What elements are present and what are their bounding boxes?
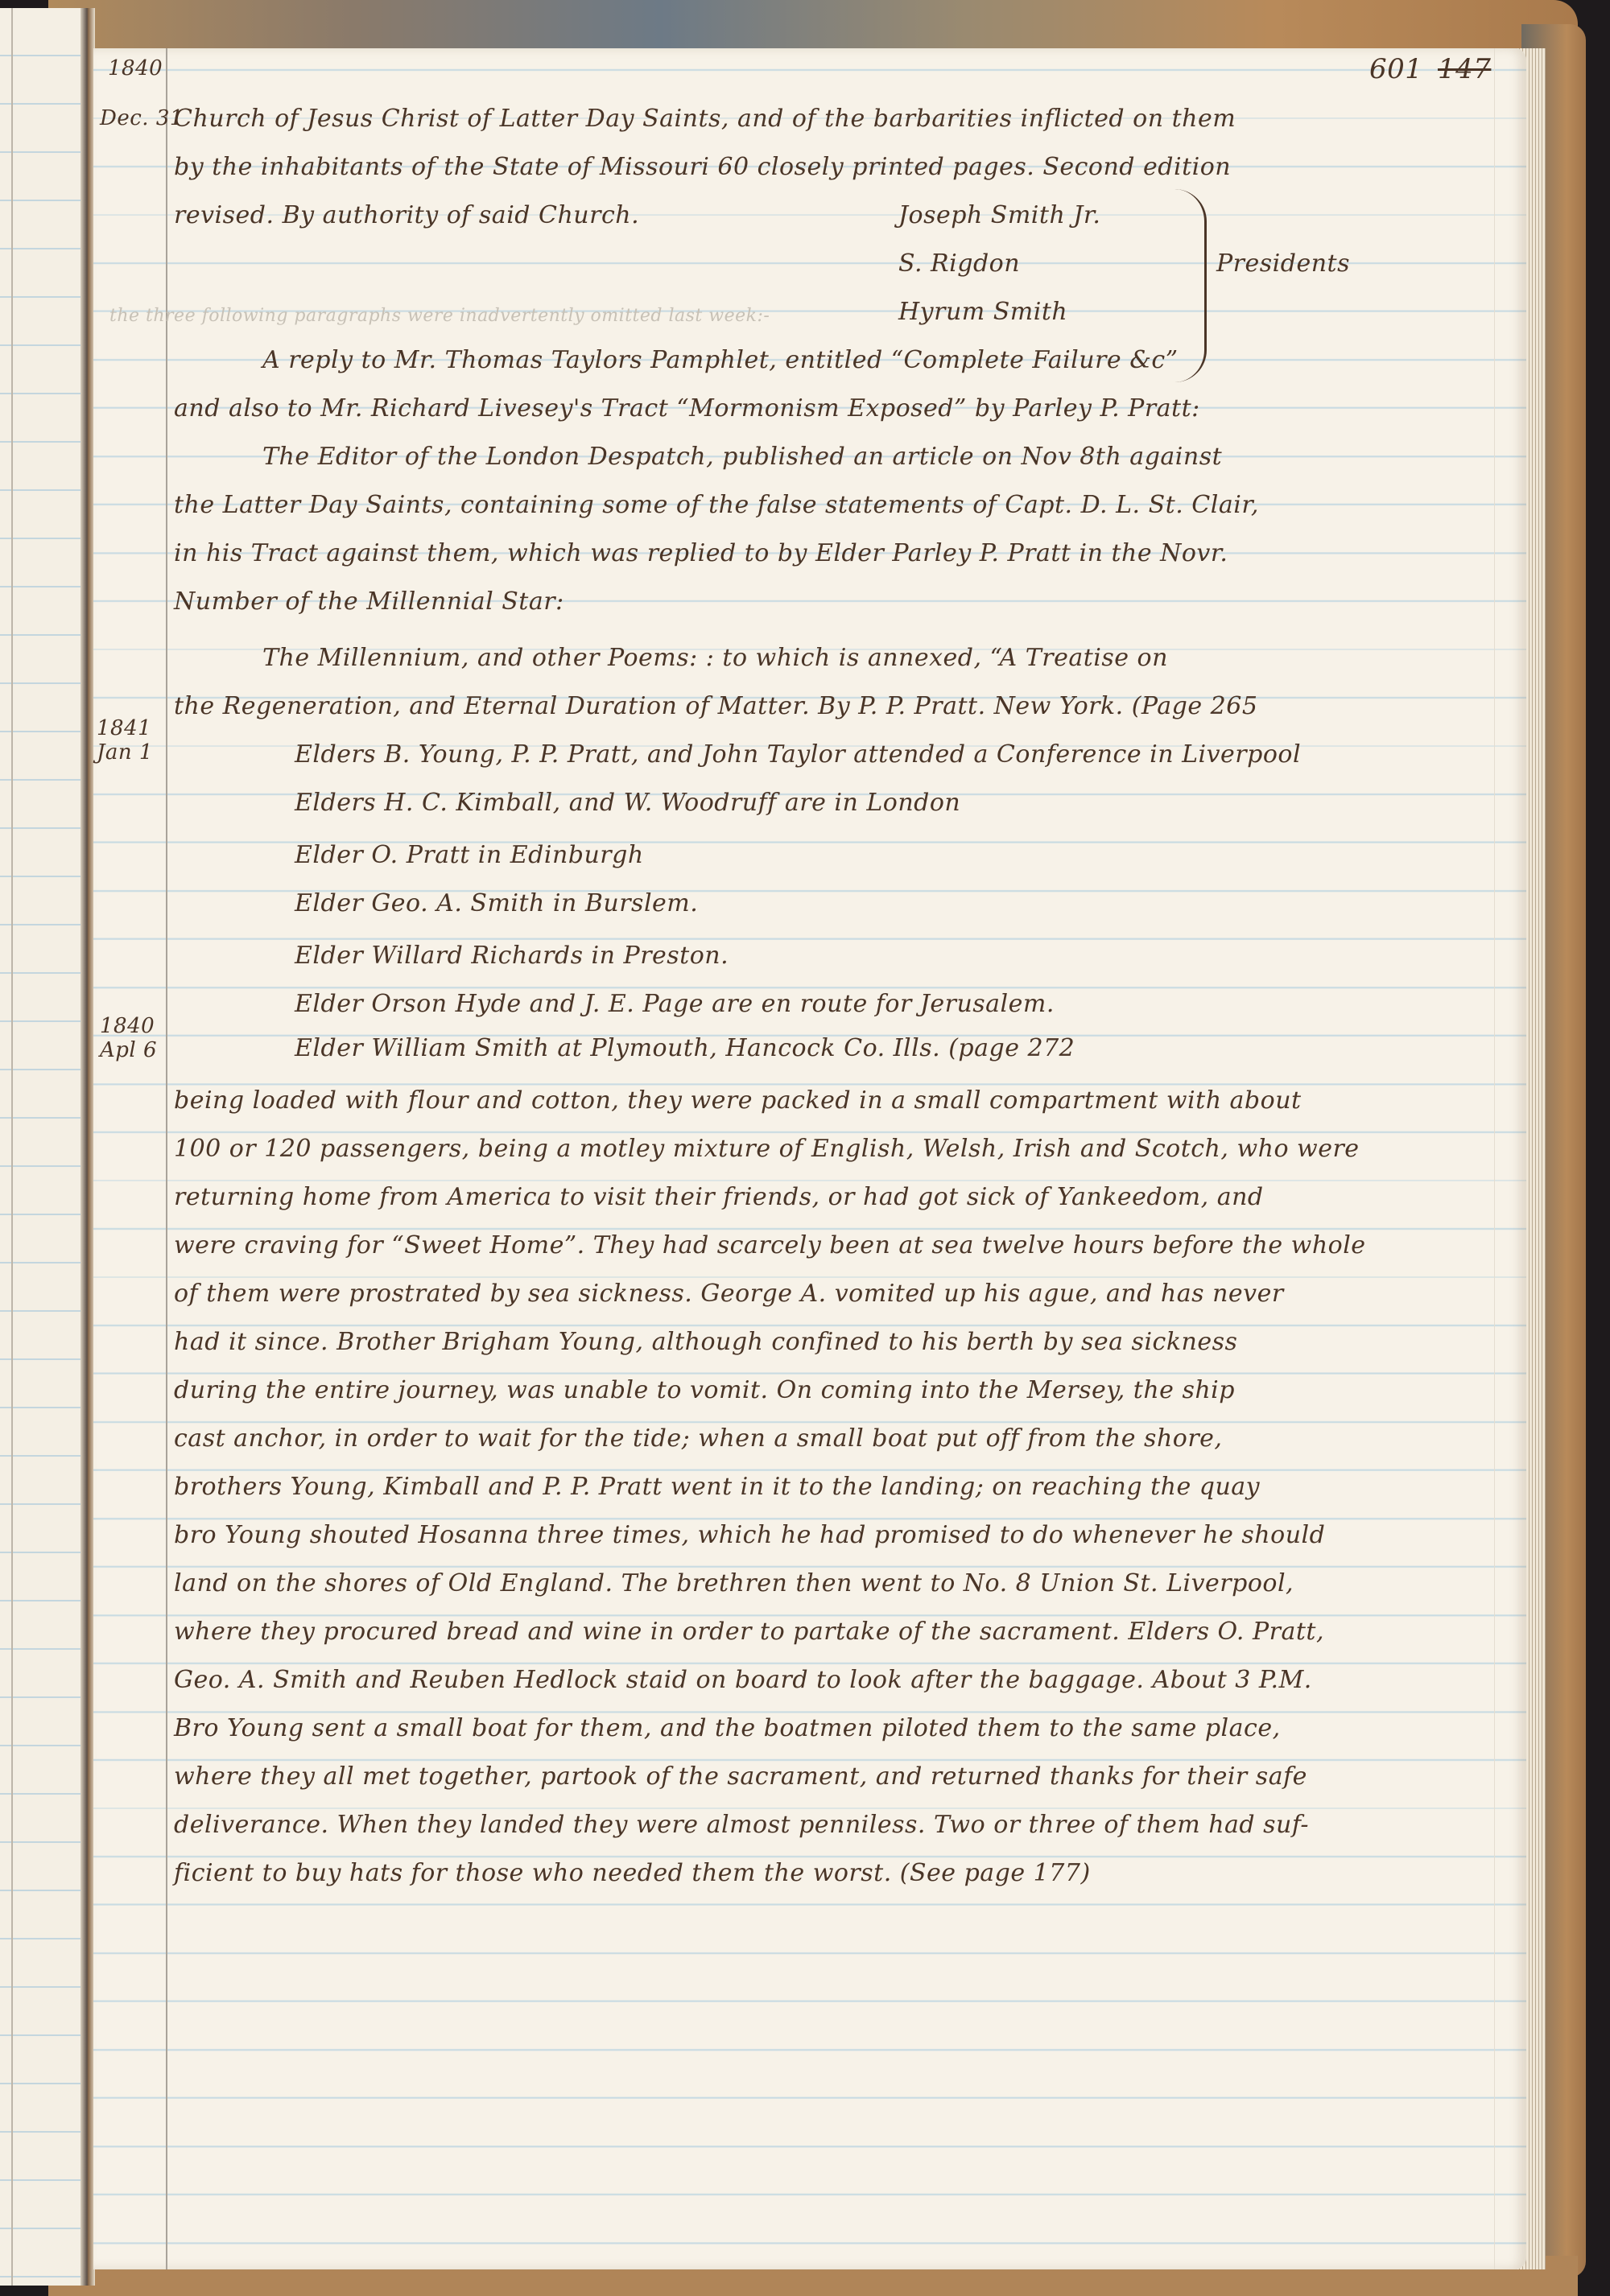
entry-line: revised. By authority of said Church. [174,201,639,229]
left-page-margin-line [11,8,13,2286]
entry-line: Elders H. C. Kimball, and W. Woodruff ar… [295,789,960,817]
entry-line: Bro Young sent a small boat for them, an… [174,1714,1281,1742]
entry-line: bro Young shouted Hosanna three times, w… [174,1521,1325,1549]
struck-page-number: 147 [1438,53,1491,85]
date-margin: Dec. 31 [100,106,184,130]
entry-line: had it since. Brother Brigham Young, alt… [174,1328,1237,1356]
entry-line: 100 or 120 passengers, being a motley mi… [174,1135,1360,1163]
entry-line: Elders B. Young, P. P. Pratt, and John T… [295,740,1301,769]
ledger-page: 1840 601 147 Dec. 31 Church of Jesus Chr… [93,48,1526,2269]
entry-line: cast anchor, in order to wait for the ti… [174,1424,1222,1453]
signatory: Joseph Smith Jr. [898,201,1100,229]
entry-line: Elder O. Pratt in Edinburgh [295,841,644,869]
entry-line: The Editor of the London Despatch, publi… [262,443,1222,471]
entry-line: where they all met together, partook of … [174,1762,1307,1791]
entry-line: Geo. A. Smith and Reuben Hedlock staid o… [174,1666,1312,1694]
date-margin: 1840 Apl 6 [100,1014,164,1062]
entry-line: Elder Geo. A. Smith in Burslem. [295,889,698,917]
margin-line [166,48,167,2269]
year-header: 1840 [108,56,163,80]
entry-line: Elder Orson Hyde and J. E. Page are en r… [295,990,1055,1018]
entry-line: were craving for “Sweet Home”. They had … [174,1231,1366,1259]
entry-line: Church of Jesus Christ of Latter Day Sai… [174,105,1236,133]
left-page-fragment [0,8,89,2286]
entry-line: of them were prostrated by sea sickness.… [174,1280,1284,1308]
entry-line: land on the shores of Old England. The b… [174,1569,1294,1597]
entry-line: being loaded with flour and cotton, they… [174,1086,1302,1115]
entry-line: the Regeneration, and Eternal Duration o… [174,692,1257,720]
entry-line: the Latter Day Saints, containing some o… [174,491,1259,519]
entry-line: and also to Mr. Richard Livesey's Tract … [174,394,1200,423]
signatories-role: Presidents [1216,249,1350,278]
entry-line: deliverance. When they landed they were … [174,1811,1309,1839]
entry-line: The Millennium, and other Poems: : to wh… [262,644,1168,672]
signatory: S. Rigdon [898,249,1020,278]
entry-line: by the inhabitants of the State of Misso… [174,153,1231,181]
entry-line: in his Tract against them, which was rep… [174,539,1228,567]
entry-line: returning home from America to visit the… [174,1183,1264,1211]
entry-line: during the entire journey, was unable to… [174,1376,1235,1404]
entry-line: A reply to Mr. Thomas Taylors Pamphlet, … [262,346,1179,374]
entry-line: Elder William Smith at Plymouth, Hancock… [295,1034,1075,1062]
signatory: Hyrum Smith [898,298,1067,326]
entry-line: brothers Young, Kimball and P. P. Pratt … [174,1473,1260,1501]
entry-line: where they procured bread and wine in or… [174,1618,1324,1646]
entry-line: ficient to buy hats for those who needed… [174,1859,1091,1887]
entry-line: Elder Willard Richards in Preston. [295,942,729,970]
entry-line: Number of the Millennial Star: [174,587,564,616]
page-number: 601 [1369,53,1422,85]
right-rule [1494,48,1495,2269]
date-margin: 1841 Jan 1 [97,716,161,765]
pencil-note: the three following paragraphs were inad… [109,306,770,326]
